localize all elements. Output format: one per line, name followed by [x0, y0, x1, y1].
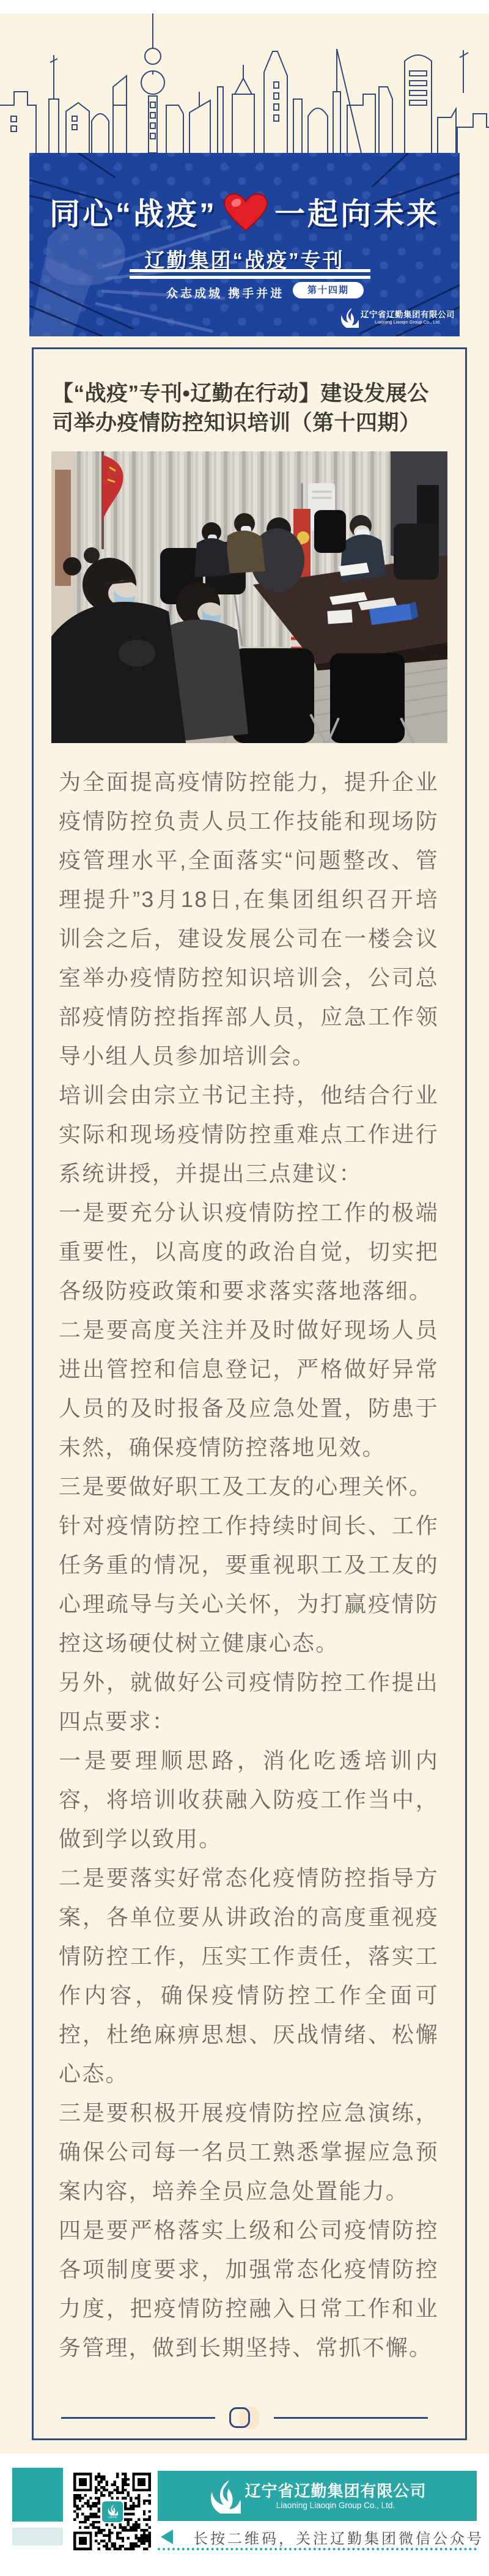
body-paragraph: 一是要理顺思路，消化吃透培训内容，将培训收获融入防疫工作当中，做到学以致用。 — [59, 1741, 439, 1859]
banner-title-right: 一起向未来 — [274, 197, 439, 231]
qr-center-logo: 辽勤集团 — [101, 2500, 124, 2523]
qr-logo-label: 辽勤集团 — [108, 2515, 116, 2519]
campaign-banner: 同心“战疫” 一起向未来 辽勤集团“战疫”专刊 众志成城 携手并进 第十四期 辽… — [29, 153, 460, 336]
body-paragraph: 培训会由宗立书记主持，他结合行业实际和现场疫情防控重难点工作进行系统讲授，并提出… — [59, 1076, 439, 1193]
phoenix-logo-icon — [208, 2478, 241, 2514]
body-paragraph: 为全面提高疫情防控能力，提升企业疫情防控负责人员工作技能和现场防疫管理水平,全面… — [59, 763, 439, 1076]
body-paragraph: 二是要高度关注并及时做好现场人员进出管控和信息登记，严格做好异常人员的及时报备及… — [59, 1311, 439, 1467]
body-paragraph: 三是要积极开展疫情防控应急演练，确保公司每一名员工熟悉掌握应急预案内容，培养全员… — [59, 2093, 439, 2211]
divider-capsule-icon — [229, 2407, 250, 2428]
red-heart-icon — [223, 193, 268, 233]
left-triangle-icon — [161, 2530, 173, 2544]
divider-rule-right — [274, 2417, 428, 2419]
article-title: 【“战疫”专刊•辽勤在行动】建设发展公司举办疫情防控知识培训（第十四期） — [52, 379, 449, 438]
body-paragraph: 三是要做好职工及工友的心理关怀。 — [59, 1467, 439, 1506]
footer-teal-block — [12, 2468, 63, 2522]
body-paragraph: 四是要严格落实上级和公司疫情防控各项制度要求，加强常态化疫情防控力度，把疫情防控… — [59, 2211, 439, 2367]
body-paragraph: 另外，就做好公司疫情防控工作提出四点要求： — [59, 1663, 439, 1741]
qr-caption: 长按二维码，关注辽勤集团微信公众号 — [193, 2526, 477, 2548]
banner-logo-company-cn: 辽宁省辽勤集团有限公司 — [361, 310, 455, 319]
qr-code[interactable]: 辽勤集团 — [70, 2471, 154, 2552]
divider-rule-left — [61, 2417, 215, 2419]
article-container: 【“战疫”专刊•辽勤在行动】建设发展公司举办疫情防控知识培训（第十四期） — [32, 347, 467, 2440]
banner-slogan: 众志成城 携手并进 — [166, 284, 284, 301]
phoenix-logo-icon — [107, 2504, 118, 2515]
wechat-article-page: 同心“战疫” 一起向未来 辽勤集团“战疫”专刊 众志成城 携手并进 第十四期 辽… — [0, 0, 489, 2576]
body-paragraph: 二是要落实好常态化疫情防控指导方案，各单位要从讲政治的高度重视疫情防控工作，压实… — [59, 1859, 439, 2093]
banner-double-rule — [130, 269, 370, 283]
banner-main-title: 同心“战疫” 一起向未来 — [29, 190, 460, 234]
issue-badge: 第十四期 — [293, 282, 364, 298]
banner-title-left: 同心“战疫” — [50, 197, 217, 231]
banner-logo-company-en: Liaoning Liaoqin Group Co., Ltd. — [361, 319, 455, 325]
footer-light-teal-block — [12, 2528, 63, 2545]
phoenix-logo-icon — [339, 307, 359, 328]
body-paragraph: 一是要充分认识疫情防控工作的极端重要性，以高度的政治自觉，切实把各级防疫政策和要… — [59, 1193, 439, 1311]
body-paragraph: 针对疫情防控工作持续时间长、工作任务重的情况，要重视职工及工友的心理疏导与关心关… — [59, 1506, 439, 1663]
footer-company-cn: 辽宁省辽勤集团有限公司 — [244, 2482, 426, 2500]
banner-company-logo: 辽宁省辽勤集团有限公司 Liaoning Liaoqin Group Co., … — [339, 307, 455, 328]
meeting-photo — [51, 451, 447, 743]
article-body: 为全面提高疫情防控能力，提升企业疫情防控负责人员工作技能和现场防疫管理水平,全面… — [59, 763, 439, 2367]
footer-company-en: Liaoning Liaoqin Group Co., Ltd. — [244, 2500, 426, 2511]
footer-company-band: 辽宁省辽勤集团有限公司 Liaoning Liaoqin Group Co., … — [158, 2471, 477, 2521]
footer-dotted-rule — [158, 2548, 477, 2550]
city-skyline-illustration — [0, 13, 489, 153]
